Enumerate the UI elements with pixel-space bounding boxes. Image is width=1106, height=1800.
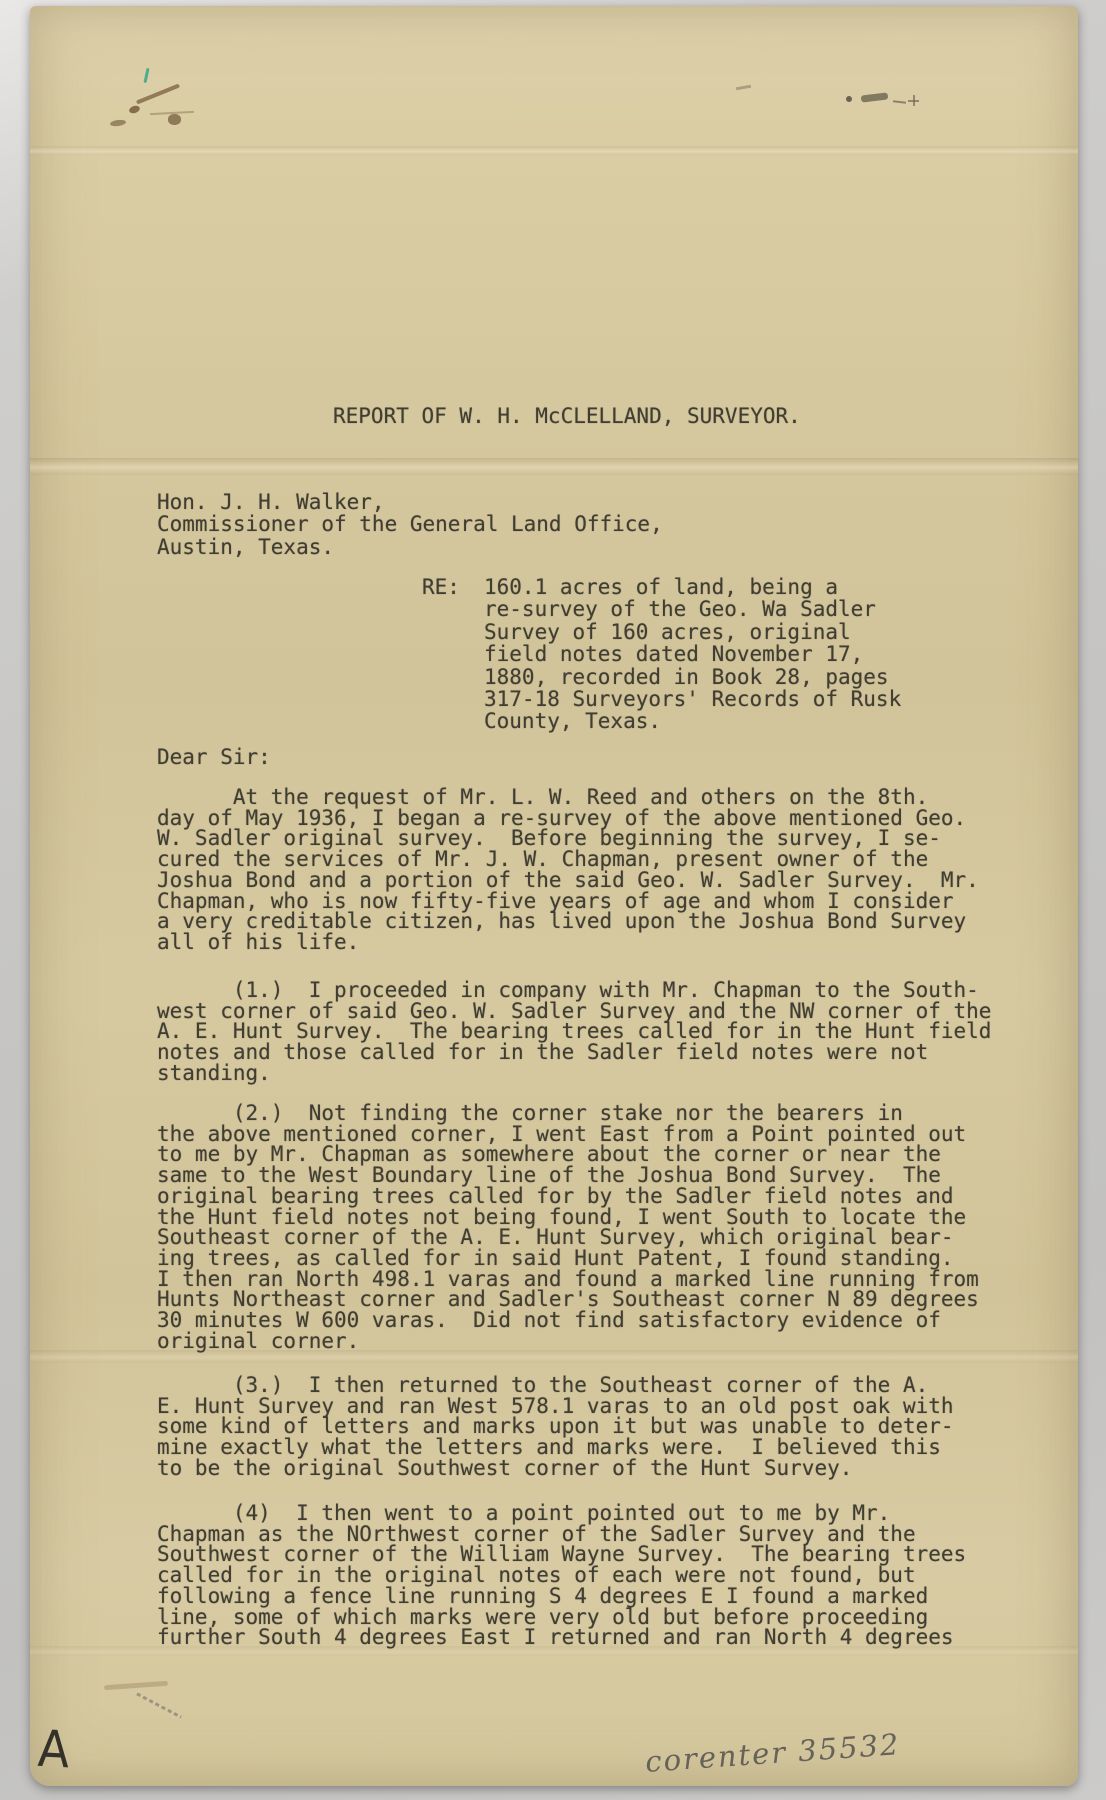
handwritten-corner-letter: A	[36, 1719, 71, 1780]
report-title: REPORT OF W. H. McCLELLAND, SURVEYOR.	[333, 406, 801, 427]
paragraph-3: (2.) Not finding the corner stake nor th…	[157, 1103, 979, 1351]
re-label: RE:	[422, 576, 460, 598]
paragraph-4: (3.) I then returned to the Southeast co…	[157, 1375, 954, 1479]
paragraph-2: (1.) I proceeded in company with Mr. Cha…	[157, 980, 991, 1084]
re-body: 160.1 acres of land, being a re-survey o…	[484, 576, 901, 733]
addressee-block: Hon. J. H. Walker, Commissioner of the G…	[157, 491, 663, 558]
salutation: Dear Sir:	[157, 747, 271, 768]
paragraph-1: At the request of Mr. L. W. Reed and oth…	[157, 787, 979, 953]
paragraph-5: (4) I then went to a point pointed out t…	[157, 1503, 966, 1648]
